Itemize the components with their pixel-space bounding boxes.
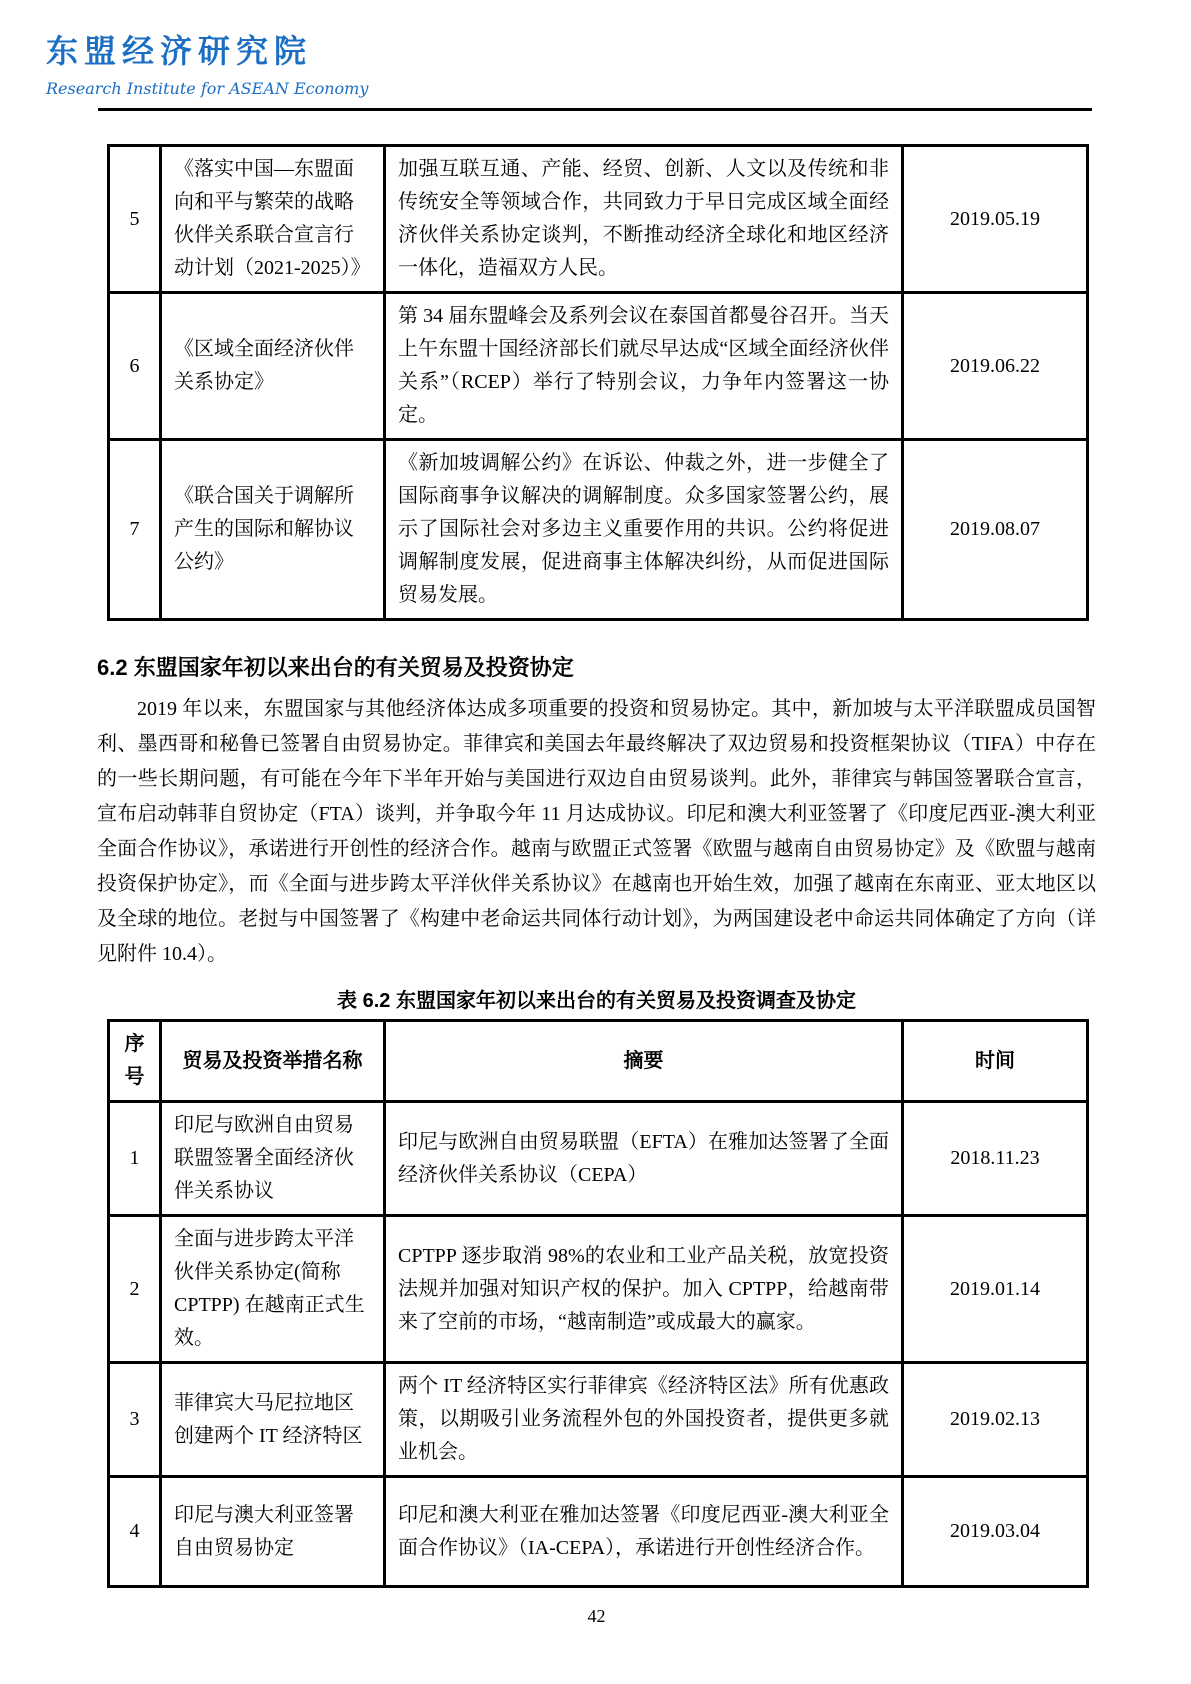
page-content: 5 《落实中国—东盟面向和平与繁荣的战略伙伴关系联合宣言行动计划（2021-20… <box>97 144 1096 1627</box>
table-row: 5 《落实中国—东盟面向和平与繁荣的战略伙伴关系联合宣言行动计划（2021-20… <box>109 146 1088 293</box>
document-page: 东盟经济研究院 Research Institute for ASEAN Eco… <box>0 0 1191 1684</box>
header-summary: 摘要 <box>385 1021 903 1102</box>
table-6-2: 序号 贸易及投资举措名称 摘要 时间 1 印尼与欧洲自由贸易联盟签署全面经济伙伴… <box>107 1019 1089 1588</box>
measure-date: 2019.02.13 <box>903 1363 1088 1477</box>
measure-summary: 两个 IT 经济特区实行菲律宾《经济特区法》所有优惠政策，以期吸引业务流程外包的… <box>385 1363 903 1477</box>
institute-header: 东盟经济研究院 Research Institute for ASEAN Eco… <box>0 0 1191 98</box>
header-divider <box>98 108 1092 111</box>
table-row: 2 全面与进步跨太平洋伙伴关系协定(简称 CPTPP) 在越南正式生效。 CPT… <box>109 1216 1088 1363</box>
header-measure-name: 贸易及投资举措名称 <box>161 1021 385 1102</box>
row-index: 2 <box>109 1216 161 1363</box>
measure-name: 菲律宾大马尼拉地区创建两个 IT 经济特区 <box>161 1363 385 1477</box>
measure-date: 2019.01.14 <box>903 1216 1088 1363</box>
measure-summary: 印尼和澳大利亚在雅加达签署《印度尼西亚-澳大利亚全面合作协议》（IA-CEPA）… <box>385 1477 903 1587</box>
table-header-row: 序号 贸易及投资举措名称 摘要 时间 <box>109 1021 1088 1102</box>
measure-name: 印尼与欧洲自由贸易联盟签署全面经济伙伴关系协议 <box>161 1102 385 1216</box>
row-index: 3 <box>109 1363 161 1477</box>
measure-date: 2018.11.23 <box>903 1102 1088 1216</box>
row-index: 6 <box>109 293 161 440</box>
measure-summary: 《新加坡调解公约》在诉讼、仲裁之外，进一步健全了国际商事争议解决的调解制度。众多… <box>385 440 903 620</box>
section-heading: 6.2 东盟国家年初以来出台的有关贸易及投资协定 <box>97 651 1096 682</box>
measure-date: 2019.08.07 <box>903 440 1088 620</box>
measure-date: 2019.05.19 <box>903 146 1088 293</box>
table-row: 3 菲律宾大马尼拉地区创建两个 IT 经济特区 两个 IT 经济特区实行菲律宾《… <box>109 1363 1088 1477</box>
table-row: 4 印尼与澳大利亚签署自由贸易协定 印尼和澳大利亚在雅加达签署《印度尼西亚-澳大… <box>109 1477 1088 1587</box>
agreements-table-continued: 5 《落实中国—东盟面向和平与繁荣的战略伙伴关系联合宣言行动计划（2021-20… <box>107 144 1089 621</box>
page-number: 42 <box>97 1606 1096 1627</box>
section-paragraph: 2019 年以来，东盟国家与其他经济体达成多项重要的投资和贸易协定。其中，新加坡… <box>97 692 1096 972</box>
header-date: 时间 <box>903 1021 1088 1102</box>
row-index: 5 <box>109 146 161 293</box>
measure-summary: 第 34 届东盟峰会及系列会议在泰国首都曼谷召开。当天上午东盟十国经济部长们就尽… <box>385 293 903 440</box>
row-index: 7 <box>109 440 161 620</box>
measure-date: 2019.06.22 <box>903 293 1088 440</box>
table-caption: 表 6.2 东盟国家年初以来出台的有关贸易及投资调查及协定 <box>97 984 1096 1013</box>
measure-name: 《联合国关于调解所产生的国际和解协议公约》 <box>161 440 385 620</box>
row-index: 1 <box>109 1102 161 1216</box>
institute-logo-subtitle: Research Institute for ASEAN Economy <box>46 79 1191 98</box>
measure-summary: CPTPP 逐步取消 98%的农业和工业产品关税，放宽投资法规并加强对知识产权的… <box>385 1216 903 1363</box>
measure-name: 印尼与澳大利亚签署自由贸易协定 <box>161 1477 385 1587</box>
table-row: 1 印尼与欧洲自由贸易联盟签署全面经济伙伴关系协议 印尼与欧洲自由贸易联盟（EF… <box>109 1102 1088 1216</box>
measure-date: 2019.03.04 <box>903 1477 1088 1587</box>
measure-name: 《落实中国—东盟面向和平与繁荣的战略伙伴关系联合宣言行动计划（2021-2025… <box>161 146 385 293</box>
row-index: 4 <box>109 1477 161 1587</box>
institute-logo-title: 东盟经济研究院 <box>46 26 1191 72</box>
measure-name: 《区域全面经济伙伴关系协定》 <box>161 293 385 440</box>
header-index: 序号 <box>109 1021 161 1102</box>
measure-name: 全面与进步跨太平洋伙伴关系协定(简称 CPTPP) 在越南正式生效。 <box>161 1216 385 1363</box>
measure-summary: 加强互联互通、产能、经贸、创新、人文以及传统和非传统安全等领域合作，共同致力于早… <box>385 146 903 293</box>
table-row: 7 《联合国关于调解所产生的国际和解协议公约》 《新加坡调解公约》在诉讼、仲裁之… <box>109 440 1088 620</box>
measure-summary: 印尼与欧洲自由贸易联盟（EFTA）在雅加达签署了全面经济伙伴关系协议（CEPA） <box>385 1102 903 1216</box>
table-row: 6 《区域全面经济伙伴关系协定》 第 34 届东盟峰会及系列会议在泰国首都曼谷召… <box>109 293 1088 440</box>
